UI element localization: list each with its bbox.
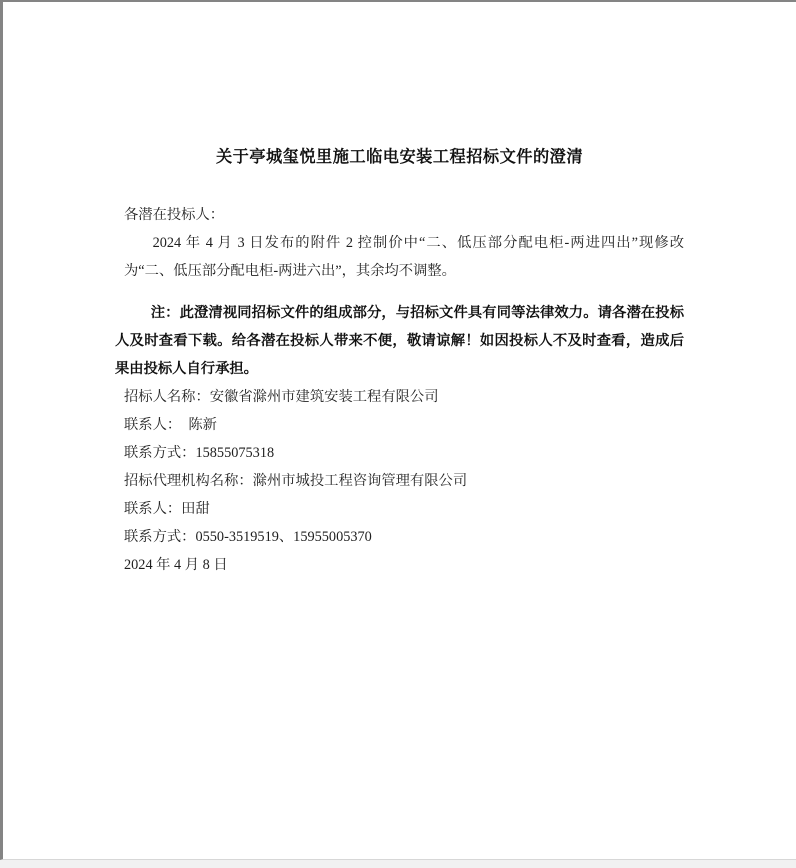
salutation-line: 各潜在投标人： <box>124 201 684 229</box>
page-bottom-strip <box>3 860 796 868</box>
tenderer-name-line: 招标人名称：安徽省滁州市建筑安装工程有限公司 <box>124 383 684 411</box>
agency-name-line: 招标代理机构名称：滁州市城投工程咨询管理有限公司 <box>124 467 684 495</box>
document-title: 关于亭城玺悦里施工临电安装工程招标文件的澄清 <box>115 146 684 168</box>
date-line: 2024 年 4 月 8 日 <box>124 551 684 579</box>
contact-phone-line: 联系方式：15855075318 <box>124 439 684 467</box>
agency-contact-person-line: 联系人：田甜 <box>124 495 684 523</box>
note-paragraph: 注：此澄清视同招标文件的组成部分，与招标文件具有同等法律效力。请各潜在投标人及时… <box>115 299 684 383</box>
contact-person-line: 联系人： 陈新 <box>124 411 684 439</box>
document-body: 各潜在投标人： 2024 年 4 月 3 日发布的附件 2 控制价中“二、低压部… <box>115 201 684 579</box>
clarification-paragraph: 2024 年 4 月 3 日发布的附件 2 控制价中“二、低压部分配电柜-两进四… <box>124 229 684 285</box>
document-content: 关于亭城玺悦里施工临电安装工程招标文件的澄清 各潜在投标人： 2024 年 4 … <box>3 146 796 579</box>
agency-contact-phone-line: 联系方式：0550-3519519、15955005370 <box>124 523 684 551</box>
document-page: 关于亭城玺悦里施工临电安装工程招标文件的澄清 各潜在投标人： 2024 年 4 … <box>0 0 796 860</box>
